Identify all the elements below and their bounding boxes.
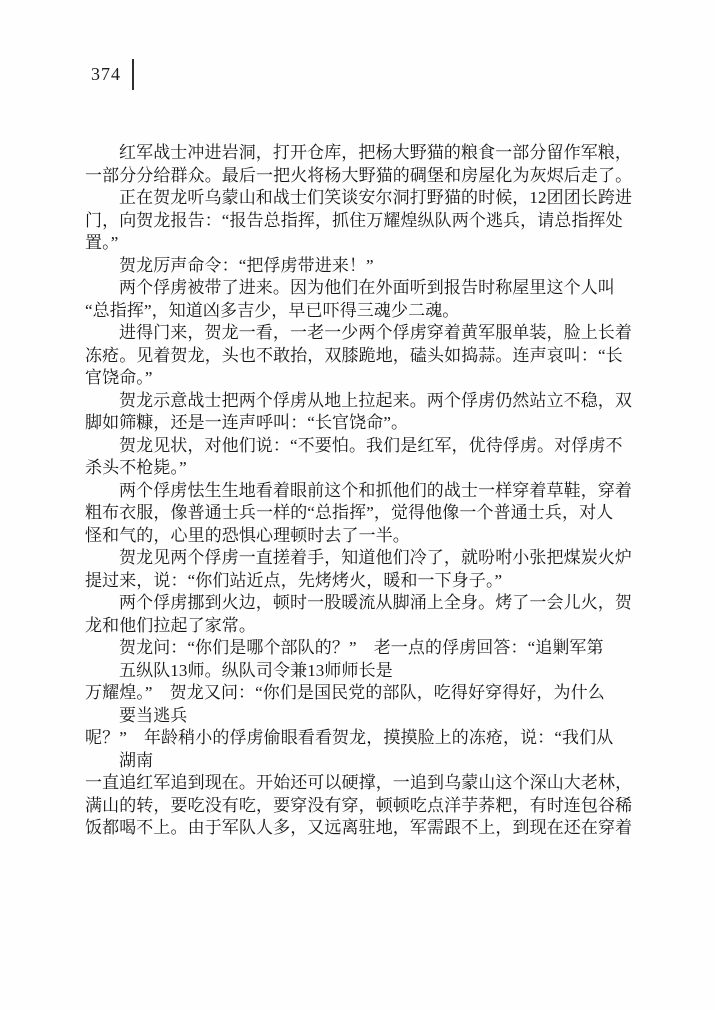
text-line: 贺龙见状，对他们说：“不要怕。我们是红军，优待俘虏。对俘虏不: [85, 435, 633, 458]
text-line: “总指挥”，知道凶多吉少，早已吓得三魂少二魂。: [85, 300, 633, 323]
text-line: 门，向贺龙报告：“报告总指挥，抓住万耀煌纵队两个逃兵，请总指挥处: [85, 210, 633, 233]
book-page: 374 红军战士冲进岩洞，打开仓库，把杨大野猫的粮食一部分留作军粮，一部分分给群…: [0, 0, 715, 1010]
text-line: 龙和他们拉起了家常。: [85, 615, 633, 638]
text-line: 贺龙问：“你们是哪个部队的？” 老一点的俘虏回答：“追剿军第: [85, 637, 633, 660]
text-line: 五纵队13师。纵队司令兼13师师长是: [85, 660, 633, 683]
text-line: 满山的转，要吃没有吃，要穿没有穿，顿顿吃点洋芋荞粑，有时连包谷稀: [85, 795, 633, 818]
text-line: 怪和气的，心里的恐惧心理顿时去了一半。: [85, 525, 633, 548]
text-line: 两个俘虏怯生生地看着眼前这个和抓他们的战士一样穿着草鞋，穿着: [85, 480, 633, 503]
text-line: 两个俘虏挪到火边，顿时一股暖流从脚涌上全身。烤了一会儿火，贺: [85, 592, 633, 615]
text-line: 贺龙厉声命令：“把俘虏带进来！”: [85, 255, 633, 278]
text-line: 粗布衣服，像普通士兵一样的“总指挥”，觉得他像一个普通士兵，对人: [85, 502, 633, 525]
text-line: 万耀煌。” 贺龙又问：“你们是国民党的部队，吃得好穿得好，为什么: [85, 682, 633, 705]
page-text: 红军战士冲进岩洞，打开仓库，把杨大野猫的粮食一部分留作军粮，一部分分给群众。最后…: [85, 142, 633, 840]
text-line: 杀头不枪毙。”: [85, 457, 633, 480]
text-line: 脚如筛糠，还是一连声呼叫：“长官饶命”。: [85, 412, 633, 435]
text-line: 贺龙见两个俘虏一直搓着手，知道他们冷了，就吩咐小张把煤炭火炉: [85, 547, 633, 570]
text-line: 官饶命。”: [85, 367, 633, 390]
text-line: 呢？” 年龄稍小的俘虏偷眼看看贺龙，摸摸脸上的冻疮，说：“我们从: [85, 727, 633, 750]
text-line: 红军战士冲进岩洞，打开仓库，把杨大野猫的粮食一部分留作军粮，: [85, 142, 633, 165]
text-line: 要当逃兵: [85, 705, 633, 728]
text-line: 一直追红军追到现在。开始还可以硬撑，一追到乌蒙山这个深山大老林，: [85, 772, 633, 795]
text-line: 提过来，说：“你们站近点，先烤烤火，暖和一下身子。”: [85, 570, 633, 593]
text-line: 湖南: [85, 750, 633, 773]
text-line: 一部分分给群众。最后一把火将杨大野猫的碉堡和房屋化为灰烬后走了。: [85, 165, 633, 188]
page-number-divider: [132, 59, 134, 90]
page-header: 374: [91, 58, 134, 90]
page-number: 374: [91, 58, 121, 90]
text-line: 贺龙示意战士把两个俘虏从地上拉起来。两个俘虏仍然站立不稳，双: [85, 390, 633, 413]
text-line: 置。”: [85, 232, 633, 255]
text-line: 饭都喝不上。由于军队人多，又远离驻地，军需跟不上，到现在还在穿着: [85, 817, 633, 840]
text-line: 两个俘虏被带了进来。因为他们在外面听到报告时称屋里这个人叫: [85, 277, 633, 300]
text-line: 正在贺龙听乌蒙山和战士们笑谈安尔洞打野猫的时候，12团团长跨进: [85, 187, 633, 210]
text-line: 进得门来，贺龙一看，一老一少两个俘虏穿着黄军服单装，脸上长着: [85, 322, 633, 345]
text-line: 冻疮。见着贺龙，头也不敢抬，双膝跪地，磕头如捣蒜。连声哀叫：“长: [85, 345, 633, 368]
